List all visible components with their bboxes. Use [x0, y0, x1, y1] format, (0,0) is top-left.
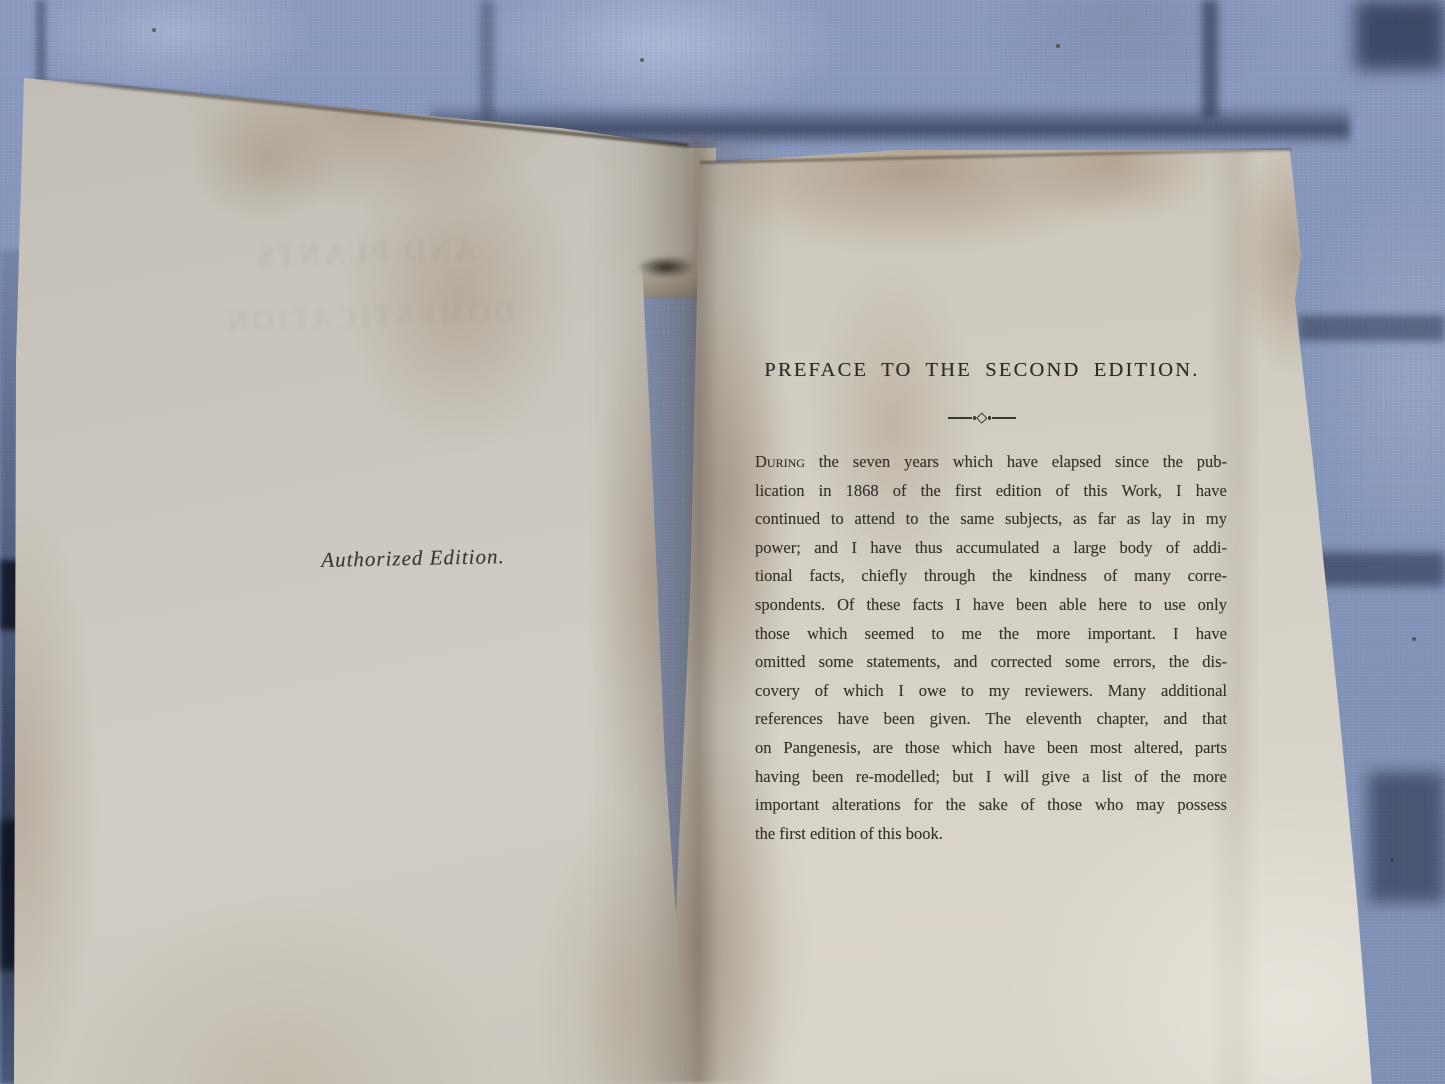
- paragraph-line: coveryofwhichIowetomyreviewers.Manyaddit…: [755, 677, 1227, 706]
- paragraph-line: power;andIhavethusaccumulatedalargebodyo…: [755, 534, 1227, 563]
- wall-shadow-patch: [1368, 772, 1445, 902]
- paragraph-line: referenceshavebeengiven.Theeleventhchapt…: [755, 705, 1227, 734]
- paragraph-line: licationin1868ofthefirsteditionofthisWor…: [755, 477, 1227, 506]
- divider-rule-left: [948, 417, 972, 419]
- wall-shadow-patch: [1355, 0, 1445, 70]
- left-page: AND PLANTS DOMESTICATION Authorized Edit…: [14, 70, 710, 1084]
- divider-diamond-icon: [977, 413, 988, 424]
- preface-heading: PREFACE TO THE SECOND EDITION.: [655, 359, 1309, 382]
- torn-corner-shadow: [636, 256, 696, 278]
- paragraph-line: Duringthesevenyearswhichhaveelapsedsince…: [755, 448, 1227, 477]
- dust-speck: [1412, 637, 1416, 641]
- paragraph-line: the first edition of this book.: [755, 820, 1227, 849]
- paragraph-line: onPangenesis,arethosewhichhavebeenmostal…: [755, 734, 1227, 763]
- show-through-text-line2: DOMESTICATION: [204, 296, 535, 339]
- paragraph-line: spondents.OfthesefactsIhavebeenableheret…: [755, 591, 1227, 620]
- paragraph-line: havingbeenre-modelled;butIwillgivealisto…: [755, 763, 1227, 792]
- show-through-text-line1: AND PLANTS: [224, 233, 505, 275]
- paragraph-line: continuedtoattendtothesamesubjects,asfar…: [755, 505, 1227, 534]
- paragraph-line: omittedsomestatements,andcorrectedsomeer…: [755, 648, 1227, 677]
- dust-speck: [1390, 858, 1394, 862]
- book-photo: PREFACE TO THE SECOND EDITION. Duringthe…: [0, 0, 1445, 1084]
- paragraph-line: tionalfacts,chieflythroughthekindnessofm…: [755, 562, 1227, 591]
- right-page: PREFACE TO THE SECOND EDITION. Duringthe…: [655, 143, 1375, 1084]
- paragraph-line: importantalterationsforthesakeofthosewho…: [755, 791, 1227, 820]
- edition-note: Authorized Edition.: [163, 541, 663, 576]
- dust-speck: [1056, 44, 1060, 48]
- divider-dot-icon: [988, 416, 992, 420]
- section-divider-ornament: [947, 413, 1017, 423]
- dust-speck: [152, 28, 156, 32]
- divider-rule-right: [992, 417, 1016, 419]
- paragraph-line: thosewhichseemedtomethemoreimportant.Iha…: [755, 620, 1227, 649]
- dust-speck: [640, 58, 644, 62]
- preface-paragraph: Duringthesevenyearswhichhaveelapsedsince…: [755, 448, 1227, 848]
